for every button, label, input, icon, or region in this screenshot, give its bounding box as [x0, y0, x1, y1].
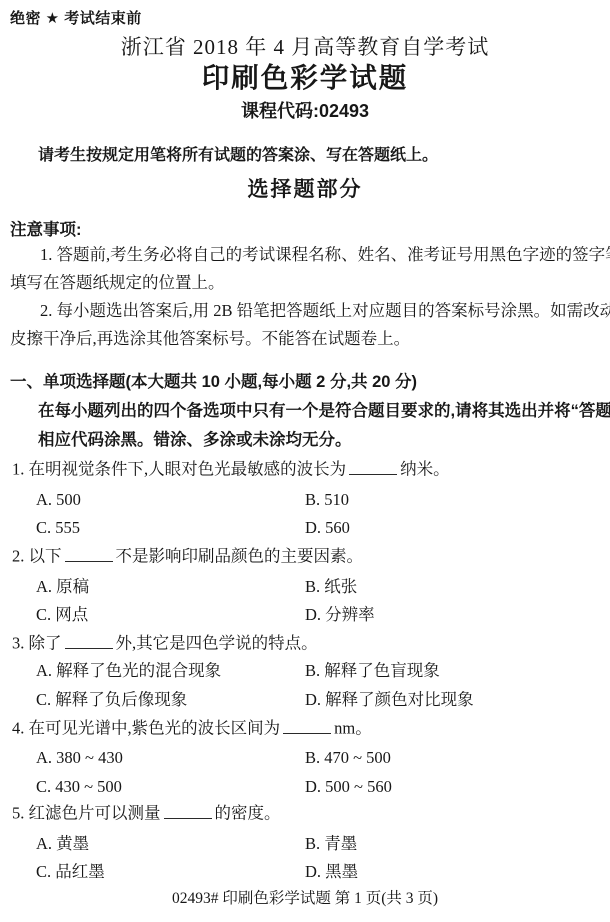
- question-4-option-c: C. 430 ~ 500: [36, 778, 122, 797]
- question-1-option-b: B. 510: [305, 491, 349, 510]
- answer-blank: [164, 804, 212, 819]
- question-4-option-a: A. 380 ~ 430: [36, 749, 123, 768]
- note-2-line-1: 2. 每小题选出答案后,用 2B 铅笔把答题纸上对应题目的答案标号涂黑。如需改动…: [40, 302, 610, 321]
- note-1-line-1: 1. 答题前,考生务必将自己的考试课程名称、姓名、准考证号用黑色字迹的签字笔或钢…: [40, 246, 610, 265]
- question-1-stem: 1. 在明视觉条件下,人眼对色光最敏感的波长为纳米。: [12, 460, 450, 479]
- question-2-option-c: C. 网点: [36, 606, 88, 625]
- question-1-stem-before: 1. 在明视觉条件下,人眼对色光最敏感的波长为: [12, 460, 346, 479]
- paper-title: 印刷色彩学试题: [0, 62, 610, 94]
- question-4-stem-before: 4. 在可见光谱中,紫色光的波长区间为: [12, 719, 280, 738]
- section-1-instruction-line-2: 相应代码涂黑。错涂、多涂或未涂均无分。: [38, 431, 352, 450]
- question-5-stem-before: 5. 红滤色片可以测量: [12, 804, 161, 823]
- question-5-option-b: B. 青墨: [305, 835, 357, 854]
- answer-blank: [65, 634, 113, 649]
- question-1-stem-after: 纳米。: [400, 460, 450, 479]
- question-3-option-c: C. 解释了负后像现象: [36, 691, 187, 710]
- course-code: 课程代码:02493: [0, 101, 610, 122]
- answer-blank: [65, 547, 113, 562]
- exam-paper-page: 绝密 ★ 考试结束前 浙江省 2018 年 4 月高等教育自学考试 印刷色彩学试…: [0, 0, 610, 922]
- question-5-option-a: A. 黄墨: [36, 835, 89, 854]
- question-5-stem-after: 的密度。: [215, 804, 281, 823]
- question-3-stem: 3. 除了外,其它是四色学说的特点。: [12, 634, 318, 653]
- question-5-option-c: C. 品红墨: [36, 863, 105, 882]
- page-footer: 02493# 印刷色彩学试题 第 1 页(共 3 页): [0, 890, 610, 908]
- question-2-option-d: D. 分辨率: [305, 606, 375, 625]
- question-2-stem-before: 2. 以下: [12, 547, 62, 566]
- question-1-option-c: C. 555: [36, 519, 80, 538]
- question-2-option-a: A. 原稿: [36, 578, 89, 597]
- question-1-option-a: A. 500: [36, 491, 81, 510]
- question-3-option-a: A. 解释了色光的混合现象: [36, 662, 221, 681]
- classification-banner: 绝密 ★ 考试结束前: [10, 10, 142, 27]
- section-1-heading: 一、单项选择题(本大题共 10 小题,每小题 2 分,共 20 分): [10, 373, 417, 392]
- question-3-stem-before: 3. 除了: [12, 634, 62, 653]
- section-title-multiple-choice: 选择题部分: [0, 178, 610, 202]
- question-4-stem-after: nm。: [334, 719, 372, 738]
- notes-title: 注意事项:: [10, 221, 82, 240]
- note-1-line-2: 填写在答题纸规定的位置上。: [10, 274, 225, 293]
- answer-blank: [349, 460, 397, 475]
- answer-sheet-instruction: 请考生按规定用笔将所有试题的答案涂、写在答题纸上。: [38, 147, 438, 165]
- question-2-stem: 2. 以下不是影响印刷品颜色的主要因素。: [12, 547, 363, 566]
- question-4-option-b: B. 470 ~ 500: [305, 749, 391, 768]
- note-2-line-2: 皮擦干净后,再选涂其他答案标号。不能答在试题卷上。: [10, 330, 410, 349]
- question-3-option-d: D. 解释了颜色对比现象: [305, 691, 474, 710]
- section-1-instruction-line-1: 在每小题列出的四个备选项中只有一个是符合题目要求的,请将其选出并将“答题纸”的: [38, 402, 610, 421]
- question-3-stem-after: 外,其它是四色学说的特点。: [116, 634, 318, 653]
- question-5-stem: 5. 红滤色片可以测量的密度。: [12, 804, 281, 823]
- question-2-option-b: B. 纸张: [305, 578, 357, 597]
- question-4-stem: 4. 在可见光谱中,紫色光的波长区间为nm。: [12, 719, 372, 738]
- answer-blank: [283, 719, 331, 734]
- question-5-option-d: D. 黑墨: [305, 863, 358, 882]
- question-4-option-d: D. 500 ~ 560: [305, 778, 392, 797]
- question-2-stem-after: 不是影响印刷品颜色的主要因素。: [116, 547, 364, 566]
- question-1-option-d: D. 560: [305, 519, 350, 538]
- question-3-option-b: B. 解释了色盲现象: [305, 662, 440, 681]
- exam-title: 浙江省 2018 年 4 月高等教育自学考试: [0, 35, 610, 59]
